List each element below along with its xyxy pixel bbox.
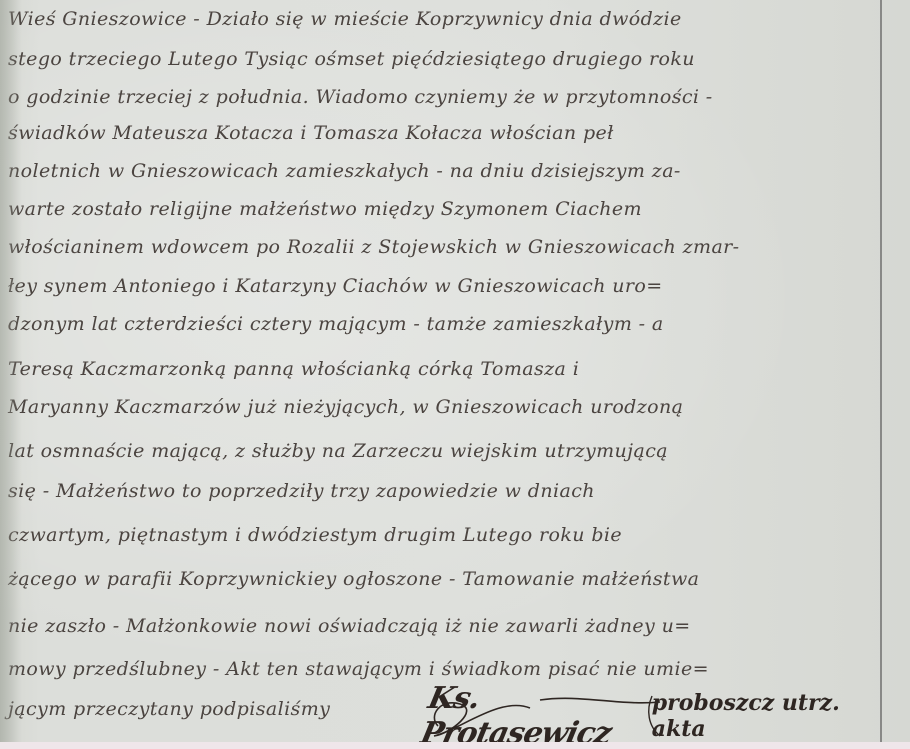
text-line-7: włościaninem wdowcem po Rozalii z Stojew… [8, 236, 880, 278]
text-line-12: lat osmnaście mającą, z służby na Zarzec… [8, 440, 880, 482]
text-line-5: noletnich w Gnieszowicach zamieszkałych … [8, 160, 880, 202]
document-page: Wieś Gnieszowice - Działo się w mieście … [0, 0, 910, 742]
text-line-11: Maryanny Kaczmarzów już nieżyjących, w G… [8, 396, 880, 438]
scan-bottom-border [0, 742, 910, 749]
text-line-2: stego trzeciego Lutego Tysiąc ośmset pię… [8, 48, 880, 90]
text-line-14: czwartym, piętnastym i dwódziestym drugi… [8, 524, 880, 566]
signature-name: Ks. Protasewicz [418, 681, 646, 742]
text-line-18: jącym przeczytany podpisaliśmy [8, 698, 428, 740]
text-line-1: Wieś Gnieszowice - Działo się w mieście … [8, 8, 880, 50]
text-line-13: się - Małżeństwo to poprzedziły trzy zap… [8, 480, 880, 522]
text-line-9: dzonym lat czterdzieści cztery mającym -… [8, 313, 880, 355]
text-line-10: Teresą Kaczmarzonką panną włościanką cór… [8, 358, 880, 400]
text-line-15: żącego w parafii Koprzywnickiey ogłoszon… [8, 568, 880, 610]
text-line-4: świadków Mateusza Kotacza i Tomasza Koła… [8, 122, 880, 164]
margin-rule [880, 0, 882, 742]
text-line-6: warte zostało religijne małżeństwo międz… [8, 198, 880, 240]
text-line-16: nie zaszło - Małżonkowie nowi oświadczaj… [8, 615, 880, 657]
priest-signature: Ks. Protasewicz proboszcz utrz. akta [425, 690, 865, 742]
text-line-8: łey synem Antoniego i Katarzyny Ciachów … [8, 275, 880, 317]
signature-title: proboszcz utrz. akta [652, 690, 865, 742]
